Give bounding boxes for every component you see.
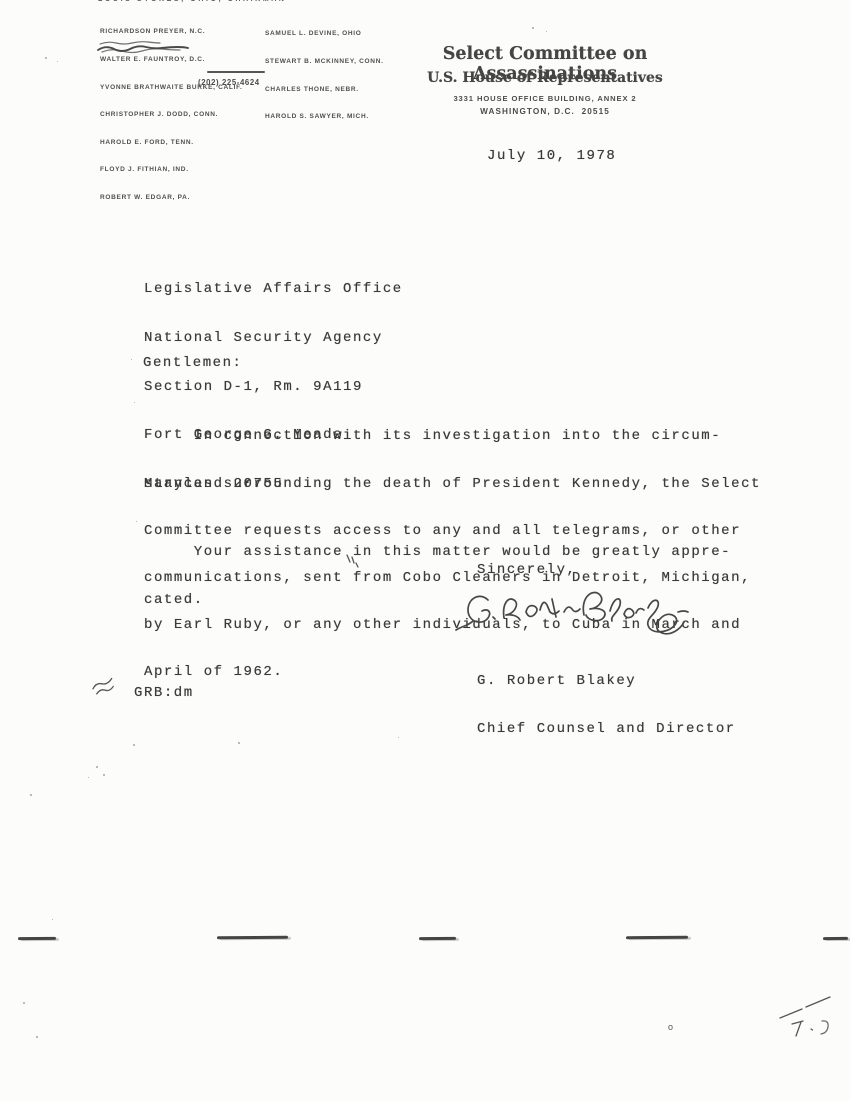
scan-speck (45, 57, 47, 59)
phone-number: (202) 225-4624 (198, 78, 260, 87)
member-name: HAROLD E. FORD, TENN. (100, 138, 243, 147)
scan-speck (57, 61, 58, 62)
scan-speck (23, 1002, 25, 1004)
scan-smudge (419, 937, 456, 940)
signer-name: G. Robert Blakey (477, 674, 736, 690)
recipient-line: Legislative Affairs Office (144, 281, 403, 297)
signature-scrawl (452, 584, 697, 646)
scan-speck (96, 766, 98, 768)
scan-speck (546, 31, 547, 32)
body-line: stances surrounding the death of Preside… (144, 477, 761, 493)
divider-rule (207, 71, 265, 73)
scan-speck (134, 402, 135, 403)
body-line: In connection with its investigation int… (144, 429, 761, 445)
ink-mark (344, 553, 362, 571)
member-name: RICHARDSON PREYER, N.C. (100, 27, 243, 36)
signer-title: Chief Counsel and Director (477, 722, 736, 738)
member-name: CHARLES THONE, NEBR. (265, 85, 384, 94)
scan-speck (36, 1036, 38, 1038)
scan-smudge (217, 936, 288, 939)
scanned-letter-page: LOUIS STOKES, OHIO, CHAIRMAN RICHARDSON … (0, 0, 850, 1101)
recipient-line: Section D-1, Rm. 9A119 (144, 379, 403, 395)
scan-speck (133, 744, 135, 746)
institution-name: U.S. House of Representatives (380, 70, 710, 86)
handwritten-note (768, 988, 848, 1043)
closing: Sincerely, (477, 563, 577, 579)
recipient-line: National Security Agency (144, 330, 403, 346)
scan-smudge (823, 937, 848, 940)
signer-block: G. Robert Blakey Chief Counsel and Direc… (477, 643, 736, 769)
scan-speck (131, 359, 132, 360)
member-name: WALTER E. FAUNTROY, D.C. (100, 55, 243, 64)
member-name: CHRISTOPHER J. DODD, CONN. (100, 110, 243, 119)
scan-speck (238, 742, 240, 744)
committee-members-right: SAMUEL L. DEVINE, OHIO STEWART B. MCKINN… (265, 11, 384, 140)
scan-speck (532, 27, 534, 29)
chairman-name: LOUIS STOKES, OHIO, CHAIRMAN (98, 0, 287, 3)
scan-smudge (626, 936, 688, 939)
typist-initials: GRB:dm (134, 686, 194, 702)
handwritten-mark (87, 672, 122, 702)
city-address: WASHINGTON, D.C. 20515 (380, 107, 710, 116)
member-name: ROBERT W. EDGAR, PA. (100, 193, 243, 202)
member-name: FLOYD J. FITHIAN, IND. (100, 165, 243, 174)
strikethrough-scribble (96, 44, 190, 55)
salutation: Gentlemen: (143, 356, 243, 372)
scan-speck (30, 794, 32, 796)
scan-speck (103, 774, 105, 776)
member-name: STEWART B. MCKINNEY, CONN. (265, 57, 384, 66)
letter-date: July 10, 1978 (487, 149, 616, 165)
scan-speck (88, 777, 89, 778)
scan-speck (52, 919, 53, 920)
member-name: HAROLD S. SAWYER, MICH. (265, 112, 384, 121)
scan-speck (136, 521, 137, 522)
scan-smudge (18, 937, 56, 940)
office-address: 3331 HOUSE OFFICE BUILDING, ANNEX 2 (380, 94, 710, 103)
chairman-line-clipped: LOUIS STOKES, OHIO, CHAIRMAN (98, 0, 438, 6)
body-line: Your assistance in this matter would be … (144, 545, 731, 561)
member-name: SAMUEL L. DEVINE, OHIO (265, 29, 384, 38)
scan-speck (398, 737, 399, 738)
stray-mark-o: o (668, 1022, 673, 1032)
